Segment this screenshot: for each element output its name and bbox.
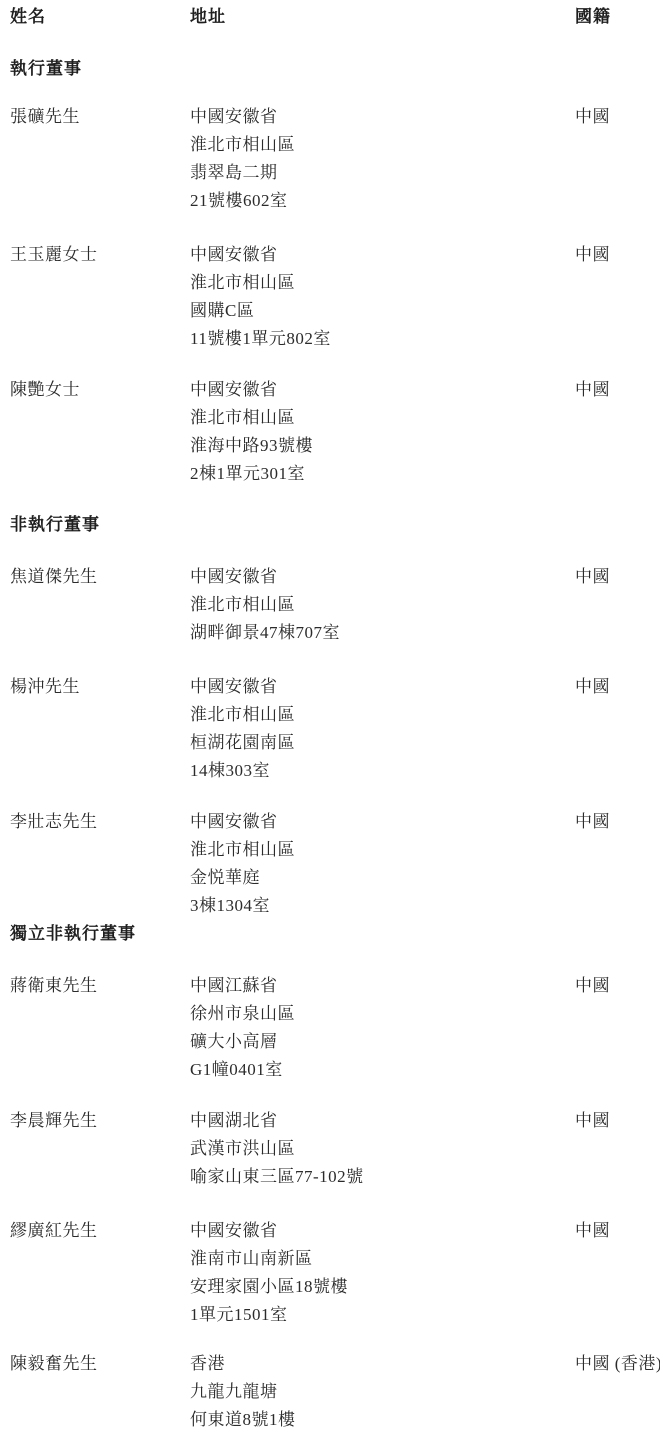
- director-name: 繆廣紅先生: [10, 1217, 190, 1245]
- directors-page: 姓名 地址 國籍 執行董事 張礦先生 中國安徽省 淮北市相山區 翡翠島二期 21…: [0, 0, 660, 1434]
- section-title-independent-non-executive-directors: 獨立非執行董事: [10, 920, 660, 948]
- director-nationality: 中國: [575, 563, 660, 591]
- director-address: 香港 九龍九龍塘 何東道8號1樓: [190, 1350, 575, 1434]
- table-header-row: 姓名 地址 國籍: [10, 3, 660, 31]
- director-nationality: 中國: [575, 1107, 660, 1135]
- director-name: 楊沖先生: [10, 673, 190, 701]
- director-nationality: 中國: [575, 673, 660, 701]
- section-title-executive-directors: 執行董事: [10, 55, 660, 83]
- director-row: 楊沖先生 中國安徽省 淮北市相山區 桓湖花園南區 14棟303室 中國: [10, 673, 660, 785]
- director-address: 中國安徽省 淮北市相山區 淮海中路93號樓 2棟1單元301室: [190, 376, 575, 488]
- director-name: 陳毅奮先生: [10, 1350, 190, 1378]
- director-address: 中國湖北省 武漢市洪山區 喻家山東三區77-102號: [190, 1107, 575, 1191]
- director-name: 張礦先生: [10, 103, 190, 131]
- column-header-address: 地址: [190, 3, 575, 31]
- director-row: 張礦先生 中國安徽省 淮北市相山區 翡翠島二期 21號樓602室 中國: [10, 103, 660, 215]
- director-row: 陳艷女士 中國安徽省 淮北市相山區 淮海中路93號樓 2棟1單元301室 中國: [10, 376, 660, 488]
- director-row: 陳毅奮先生 香港 九龍九龍塘 何東道8號1樓 中國 (香港): [10, 1350, 660, 1434]
- director-name: 蔣衛東先生: [10, 972, 190, 1000]
- director-nationality: 中國: [575, 1217, 660, 1245]
- column-header-nationality: 國籍: [575, 3, 660, 31]
- director-nationality: 中國: [575, 103, 660, 131]
- director-row: 蔣衛東先生 中國江蘇省 徐州市泉山區 礦大小高層 G1幢0401室 中國: [10, 972, 660, 1084]
- section-title-non-executive-directors: 非執行董事: [10, 511, 660, 539]
- director-row: 繆廣紅先生 中國安徽省 淮南市山南新區 安理家園小區18號樓 1單元1501室 …: [10, 1217, 660, 1329]
- director-address: 中國安徽省 淮北市相山區 湖畔御景47棟707室: [190, 563, 575, 647]
- director-row: 李壯志先生 中國安徽省 淮北市相山區 金悦華庭 3棟1304室 中國: [10, 808, 660, 920]
- director-row: 王玉麗女士 中國安徽省 淮北市相山區 國購C區 11號樓1單元802室 中國: [10, 241, 660, 353]
- director-address: 中國安徽省 淮北市相山區 國購C區 11號樓1單元802室: [190, 241, 575, 353]
- director-name: 焦道傑先生: [10, 563, 190, 591]
- director-name: 李晨輝先生: [10, 1107, 190, 1135]
- director-nationality: 中國: [575, 972, 660, 1000]
- director-row: 李晨輝先生 中國湖北省 武漢市洪山區 喻家山東三區77-102號 中國: [10, 1107, 660, 1191]
- director-name: 李壯志先生: [10, 808, 190, 836]
- director-address: 中國安徽省 淮北市相山區 金悦華庭 3棟1304室: [190, 808, 575, 920]
- director-address: 中國安徽省 淮南市山南新區 安理家園小區18號樓 1單元1501室: [190, 1217, 575, 1329]
- director-nationality: 中國: [575, 808, 660, 836]
- director-row: 焦道傑先生 中國安徽省 淮北市相山區 湖畔御景47棟707室 中國: [10, 563, 660, 647]
- director-name: 陳艷女士: [10, 376, 190, 404]
- director-address: 中國安徽省 淮北市相山區 桓湖花園南區 14棟303室: [190, 673, 575, 785]
- director-nationality: 中國: [575, 241, 660, 269]
- column-header-name: 姓名: [10, 3, 190, 31]
- director-nationality: 中國 (香港): [575, 1350, 660, 1378]
- director-name: 王玉麗女士: [10, 241, 190, 269]
- director-address: 中國安徽省 淮北市相山區 翡翠島二期 21號樓602室: [190, 103, 575, 215]
- director-nationality: 中國: [575, 376, 660, 404]
- director-address: 中國江蘇省 徐州市泉山區 礦大小高層 G1幢0401室: [190, 972, 575, 1084]
